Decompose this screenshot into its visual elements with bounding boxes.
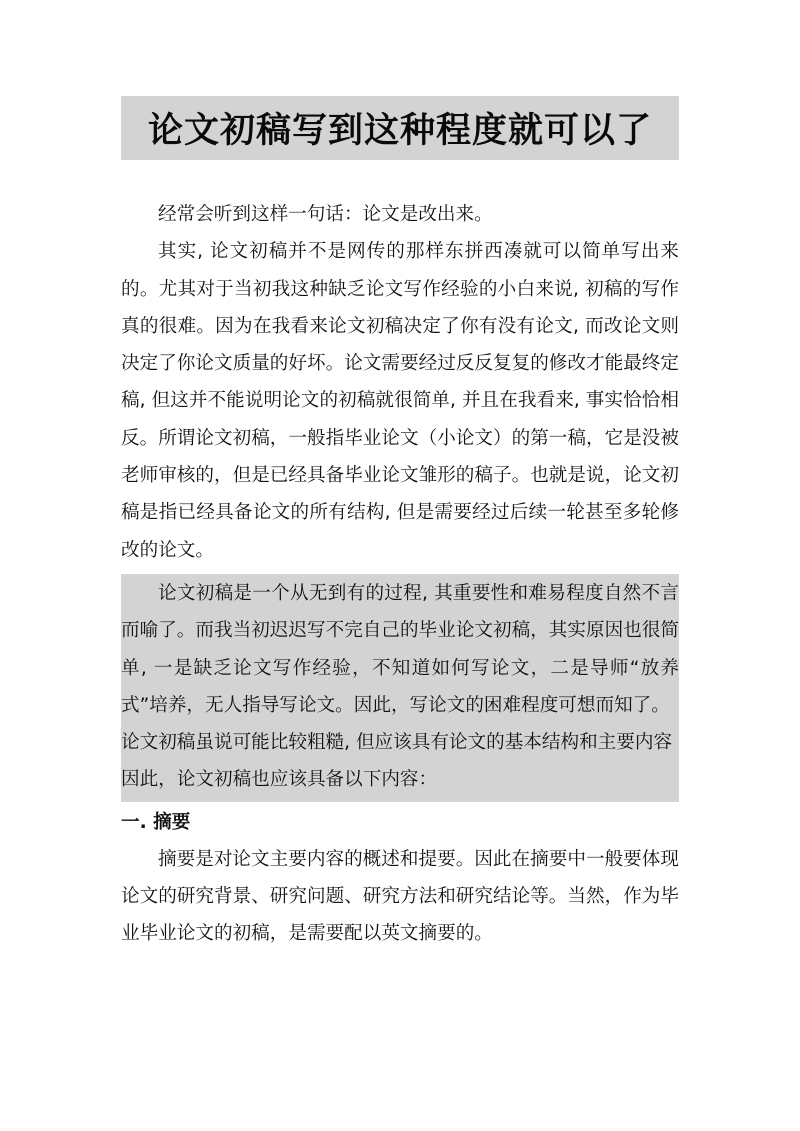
document-title: 论文初稿写到这种程度就可以了: [148, 103, 652, 153]
highlight-paragraph-process: 论文初稿是一个从无到有的过程, 其重要性和难易程度自然不言而喻了。而我当初迟迟写…: [121, 575, 679, 724]
highlight-paragraph-contents: 因此，论文初稿也应该具备以下内容：: [121, 761, 679, 798]
title-banner: 论文初稿写到这种程度就可以了: [121, 96, 679, 160]
definition-paragraph: 其实, 论文初稿并不是网传的那样东拼西凑就可以简单写出来的。尤其对于当初我这种缺…: [121, 233, 679, 569]
highlight-paragraph-structure: 论文初稿虽说可能比较粗糙, 但应该具有论文的基本结构和主要内容: [121, 724, 679, 761]
document-body: 经常会听到这样一句话：论文是改出来。 其实, 论文初稿并不是网传的那样东拼西凑就…: [121, 196, 679, 953]
highlighted-block: 论文初稿是一个从无到有的过程, 其重要性和难易程度自然不言而喻了。而我当初迟迟写…: [121, 574, 679, 802]
document-page: 论文初稿写到这种程度就可以了 经常会听到这样一句话：论文是改出来。 其实, 论文…: [0, 0, 800, 1131]
section-heading-abstract: 一. 摘要: [121, 804, 679, 841]
abstract-paragraph: 摘要是对论文主要内容的概述和提要。因此在摘要中一般要体现论文的研究背景、研究问题…: [121, 841, 679, 953]
intro-paragraph: 经常会听到这样一句话：论文是改出来。: [121, 196, 679, 233]
